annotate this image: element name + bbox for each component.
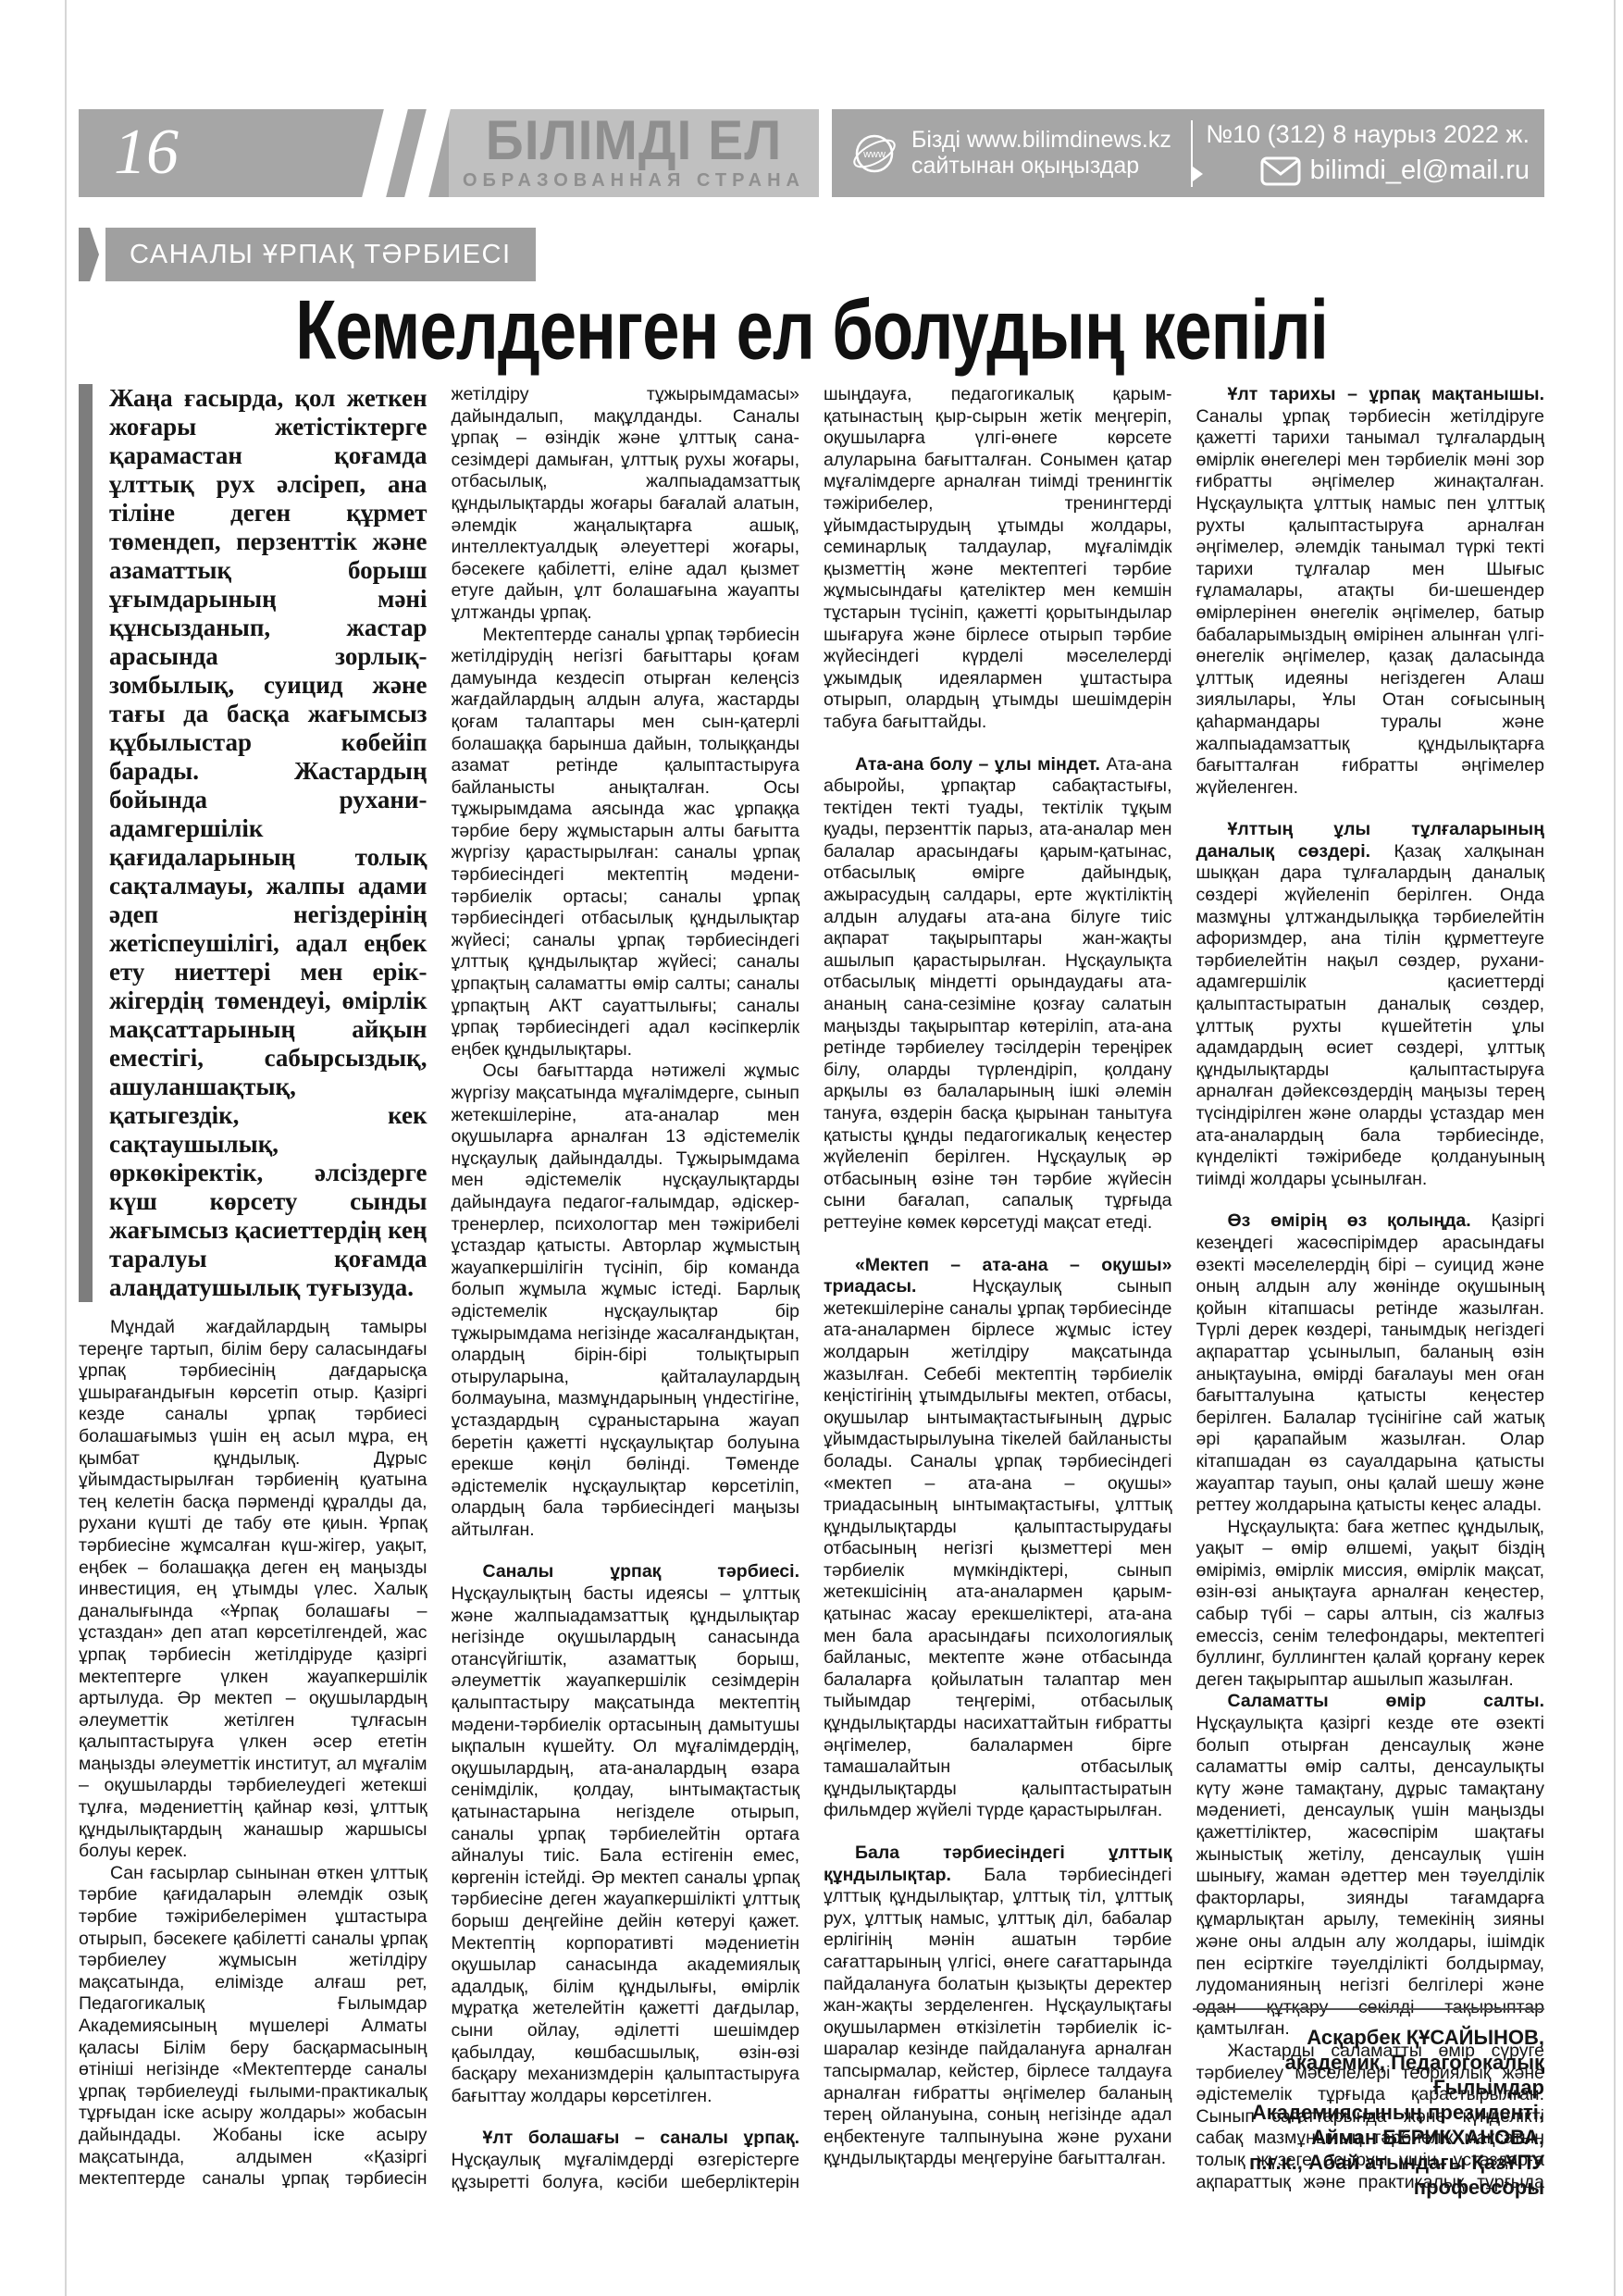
byline-line: Асқарбек ҚҰСАЙЫНОВ, [1193, 2025, 1544, 2050]
svg-text:www: www [862, 149, 886, 160]
header-divider [1191, 120, 1193, 187]
paragraph-heading: Ұлт болашағы – саналы ұрпақ. [483, 2128, 800, 2148]
email-address: bilimdi_el@mail.ru [1310, 155, 1530, 186]
article-paragraph: Мұндай жағдайлардың тамыры тереңге тарты… [79, 1317, 427, 1863]
article-paragraph: Мектептерде саналы ұрпақ тәрбиесін жетіл… [452, 625, 800, 1061]
website-note: Бізді www.bilimdinews.kz сайтынан оқыңыз… [911, 128, 1178, 179]
header-info-bar: www Бізді www.bilimdinews.kz сайтынан оқ… [832, 109, 1544, 197]
double-chevron-icon [362, 107, 409, 199]
article-paragraph: Саламатты өмір салты. Нұсқаулықта қазірг… [1196, 1691, 1545, 2041]
byline-line: профессоры [1193, 2175, 1544, 2200]
article-paragraph: Ата-ана болу – ұлы міндет. Ата-ана абыро… [824, 754, 1172, 1235]
byline-line: Академиясының президенті, [1193, 2100, 1544, 2125]
byline-line: Айман БЕРИКХАНОВА, [1193, 2125, 1544, 2150]
article-paragraph: Бала тәрбиесіндегі ұлттық құндылықтар. Б… [824, 1843, 1172, 2170]
paragraph-text: Мектептерде саналы ұрпақ тәрбиесін жетіл… [452, 625, 800, 1060]
www-globe-icon: www [850, 130, 898, 178]
section-arrow-icon [79, 228, 99, 281]
section-badge-row: САНАЛЫ ҰРПАҚ ТӘРБИЕСІ [79, 228, 536, 281]
paragraph-text: Нұсқаулықта қазіргі кезде өте өзекті бол… [1196, 1713, 1545, 2039]
issue-block: №10 (312) 8 наурыз 2022 ж. bilimdi_el@ma… [1206, 120, 1530, 186]
envelope-icon [1260, 156, 1301, 186]
paragraph-text: Осы бағыттарда нәтижелі жұмыс жүргізу ма… [452, 1061, 800, 1539]
paragraph-heading: Саналы ұрпақ тәрбиесі. [483, 1561, 800, 1582]
logo-subtitle: ОБРАЗОВАННАЯ СТРАНА [463, 170, 805, 192]
article-paragraph: Нұсқаулықта: баға жетпес құндылық, уақыт… [1196, 1517, 1545, 1692]
paragraph-heading: Өз өмірің өз қолыңда. [1228, 1210, 1492, 1231]
article-paragraph: «Мектеп – ата-ана – оқушы» триадасы. Нұс… [824, 1255, 1172, 1822]
paragraph-heading: Саламатты өмір салты. [1228, 1691, 1545, 1711]
paragraph-text: Қазіргі кезеңдегі жасөспірімдер арасында… [1196, 1210, 1545, 1515]
issue-date: №10 (312) 8 наурыз 2022 ж. [1206, 120, 1530, 149]
headline-row: Кемелденген ел болудың кепілі [0, 285, 1623, 370]
section-badge: САНАЛЫ ҰРПАҚ ТӘРБИЕСІ [105, 228, 536, 281]
byline-line: академик, Педагогокалық Ғылымдар [1193, 2050, 1544, 2100]
page-number-block: 16 [79, 109, 449, 197]
article-paragraph: Ұлттың ұлы тұлғаларының даналық сөздері.… [1196, 819, 1545, 1190]
article-paragraph: Ұлт тарихы – ұрпақ мақтанышы. Саналы ұрп… [1196, 384, 1545, 799]
newspaper-page: 16 БІЛІМДІ ЕЛ ОБРАЗОВАННАЯ СТРАНА www Бі… [0, 0, 1623, 2296]
article-paragraph: Өз өмірің өз қолыңда. Қазіргі кезеңдегі … [1196, 1210, 1545, 1516]
paragraph-text: Қазақ халқынан шыққан дара тұлғалардың д… [1196, 841, 1545, 1189]
paragraph-text: Мұндай жағдайлардың тамыры тереңге тарты… [79, 1317, 427, 1861]
article-paragraph: Осы бағыттарда нәтижелі жұмыс жүргізу ма… [452, 1061, 800, 1541]
logo-title: БІЛІМДІ ЕЛ [486, 114, 782, 169]
article-paragraph: Саналы ұрпақ тәрбиесі. Нұсқаулықтың баст… [452, 1561, 800, 2107]
newspaper-logo: БІЛІМДІ ЕЛ ОБРАЗОВАННАЯ СТРАНА [449, 109, 819, 197]
paragraph-text: Саналы ұрпақ тәрбиесін жетілдіруге қажет… [1196, 406, 1545, 798]
headline: Кемелденген ел болудың кепілі [295, 285, 1328, 376]
paragraph-text: Нұсқаулықтың басты идеясы – ұлттық және … [452, 1583, 800, 2106]
byline: Асқарбек ҚҰСАЙЫНОВ,академик, Педагогокал… [1193, 2008, 1544, 2200]
article-body: Жаңа ғасырда, қол жеткен жоғары жетістік… [79, 384, 1544, 2212]
page-header: 16 БІЛІМДІ ЕЛ ОБРАЗОВАННАЯ СТРАНА www Бі… [79, 109, 1544, 197]
paragraph-text: Нұсқаулықта: баға жетпес құндылық, уақыт… [1196, 1517, 1545, 1690]
double-chevron-icon [404, 107, 452, 199]
page-number: 16 [114, 111, 179, 194]
article-lead: Жаңа ғасырда, қол жеткен жоғары жетістік… [79, 384, 427, 1302]
paragraph-heading: Ата-ана болу – ұлы міндет. [855, 754, 1106, 775]
paragraph-text: Ата-ана абыройы, ұрпақтар сабақтастығы, … [824, 754, 1172, 1233]
paragraph-text: Бала тәрбиесіндегі ұлттық құндылықтар, ұ… [824, 1865, 1172, 2169]
paragraph-text: Нұсқаулық сынып жетекшілеріне саналы ұрп… [824, 1276, 1172, 1820]
paragraph-heading: Ұлт тарихы – ұрпақ мақтанышы. [1228, 384, 1545, 404]
byline-line: п.ғ.к., Абай атындағы ҚазҰПУ [1193, 2150, 1544, 2175]
